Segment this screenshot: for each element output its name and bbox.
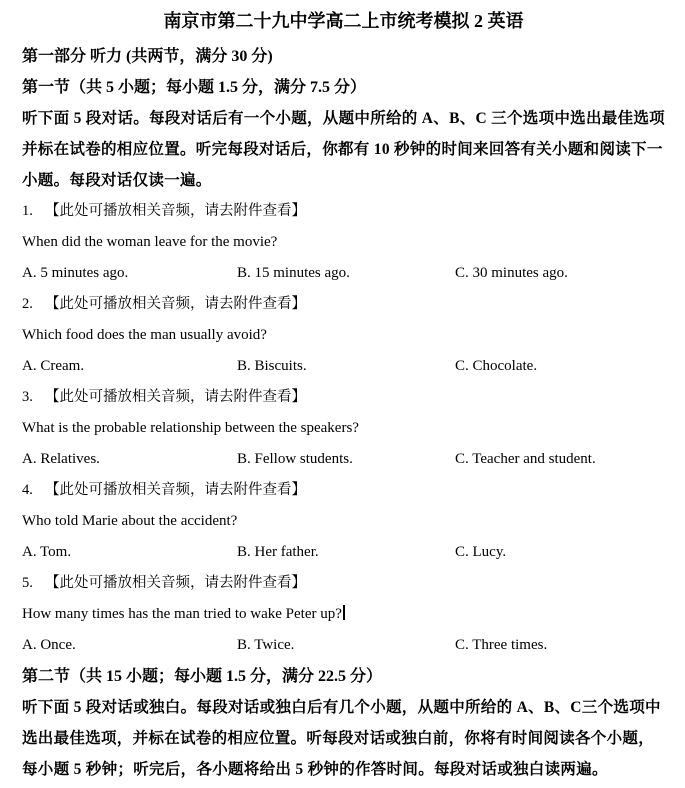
option-b: B. Twice.: [237, 630, 455, 661]
options-row: A. Cream. B. Biscuits. C. Chocolate.: [22, 351, 665, 382]
part1-heading: 第一部分 听力 (共两节，满分 30 分): [22, 41, 665, 72]
audio-placeholder: 【此处可播放相关音频，请去附件查看】: [45, 389, 306, 405]
question-text: Which food does the man usually avoid?: [22, 320, 665, 351]
option-c: C. Chocolate.: [455, 351, 665, 382]
question-number: 2.: [22, 289, 45, 320]
instruction-line: 每小题 5 秒钟；听完后，各小题将给出 5 秒钟的作答时间。每段对话或独白读两遍…: [22, 754, 665, 785]
option-b: B. Fellow students.: [237, 444, 455, 475]
question-row: How many times has the man tried to wake…: [22, 599, 665, 630]
audio-placeholder: 【此处可播放相关音频，请去附件查看】: [45, 203, 306, 219]
question-number: 1.: [22, 196, 45, 227]
option-b: B. Her father.: [237, 537, 455, 568]
option-c: C. Teacher and student.: [455, 444, 665, 475]
question-number: 3.: [22, 382, 45, 413]
option-b: B. 15 minutes ago.: [237, 258, 455, 289]
instruction-line: 并标在试卷的相应位置。听完每段对话后，你都有 10 秒钟的时间来回答有关小题和阅…: [22, 134, 665, 165]
question-audio-row: 4.【此处可播放相关音频，请去附件查看】: [22, 475, 665, 506]
options-row: A. Relatives. B. Fellow students. C. Tea…: [22, 444, 665, 475]
section1-heading: 第一节（共 5 小题；每小题 1.5 分，满分 7.5 分）: [22, 72, 665, 103]
instruction-line: 小题。每段对话仅读一遍。: [22, 165, 665, 196]
option-a: A. Once.: [22, 630, 237, 661]
section2-heading: 第二节（共 15 小题；每小题 1.5 分，满分 22.5 分）: [22, 661, 665, 692]
question-number: 4.: [22, 475, 45, 506]
option-a: A. Relatives.: [22, 444, 237, 475]
options-row: A. Once. B. Twice. C. Three times.: [22, 630, 665, 661]
question-text: When did the woman leave for the movie?: [22, 227, 665, 258]
options-row: A. 5 minutes ago. B. 15 minutes ago. C. …: [22, 258, 665, 289]
question-text: Who told Marie about the accident?: [22, 506, 665, 537]
exam-document: 南京市第二十九中学高二上市统考模拟 2 英语 第一部分 听力 (共两节，满分 3…: [0, 0, 685, 788]
instruction-line: 选出最佳选项，并标在试卷的相应位置。听每段对话或独白前，你将有时间阅读各个小题，: [22, 723, 665, 754]
options-row: A. Tom. B. Her father. C. Lucy.: [22, 537, 665, 568]
option-a: A. 5 minutes ago.: [22, 258, 237, 289]
question-audio-row: 2.【此处可播放相关音频，请去附件查看】: [22, 289, 665, 320]
question-audio-row: 5.【此处可播放相关音频，请去附件查看】: [22, 568, 665, 599]
audio-placeholder: 【此处可播放相关音频，请去附件查看】: [45, 296, 306, 312]
instruction-line: 听下面 5 段对话或独白。每段对话或独白后有几个小题，从题中所给的 A、B、C三…: [22, 692, 665, 723]
text-cursor: [343, 605, 345, 620]
question-audio-row: 3.【此处可播放相关音频，请去附件查看】: [22, 382, 665, 413]
option-c: C. 30 minutes ago.: [455, 258, 665, 289]
option-c: C. Lucy.: [455, 537, 665, 568]
option-a: A. Cream.: [22, 351, 237, 382]
question-number: 5.: [22, 568, 45, 599]
instruction-line: 听下面 5 段对话。每段对话后有一个小题，从题中所给的 A、B、C 三个选项中选…: [22, 103, 665, 134]
question-text: What is the probable relationship betwee…: [22, 413, 665, 444]
question-audio-row: 1.【此处可播放相关音频，请去附件查看】: [22, 196, 665, 227]
option-c: C. Three times.: [455, 630, 665, 661]
option-b: B. Biscuits.: [237, 351, 455, 382]
option-a: A. Tom.: [22, 537, 237, 568]
page-title: 南京市第二十九中学高二上市统考模拟 2 英语: [22, 5, 665, 41]
audio-placeholder: 【此处可播放相关音频，请去附件查看】: [45, 482, 306, 498]
question-text: How many times has the man tried to wake…: [22, 606, 342, 622]
audio-placeholder: 【此处可播放相关音频，请去附件查看】: [45, 575, 306, 591]
